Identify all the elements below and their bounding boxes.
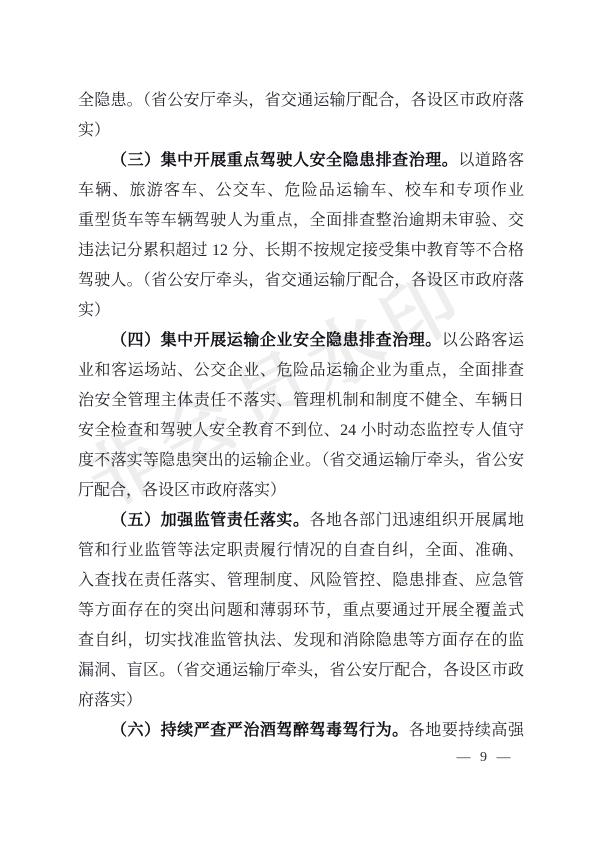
text-line: 驾驶人。（省公安厅牵头，省交通运输厅配合，各设区市政府落 xyxy=(78,266,524,296)
body-text: 厅配合，各设区市政府落实） xyxy=(78,482,286,499)
body-text: 违法记分累积超过 12 分、长期不按规定接受集中教育等不合格的 xyxy=(78,242,524,266)
text-line: （四）集中开展运输企业安全隐患排查治理。以公路客运企 xyxy=(78,326,524,356)
section-heading-text: （五）加强监管责任落实。 xyxy=(111,512,310,529)
body-text: 治安全管理主体责任不落实、管理机制和制度不健全、车辆日常 xyxy=(78,392,524,416)
text-line: （五）加强监管责任落实。各地各部门迅速组织开展属地监 xyxy=(78,506,524,536)
text-line: 实） xyxy=(78,116,524,146)
text-line: 等方面存在的突出问题和薄弱环节，重点要通过开展全覆盖式自 xyxy=(78,596,524,626)
text-line: 业和客运场站、公交企业、危险品运输企业为重点，全面排查整 xyxy=(78,356,524,386)
body-text: 实） xyxy=(78,122,110,139)
text-line: 漏洞、盲区。（省交通运输厅牵头，省公安厅配合，各设区市政 xyxy=(78,656,524,686)
text-line: 查自纠，切实找准监管执法、发现和消除隐患等方面存在的监管 xyxy=(78,626,524,656)
text-line: （六）持续严查严治酒驾醉驾毒驾行为。各地要持续高强度 xyxy=(78,716,524,746)
body-text: 全隐患。（省公安厅牵头，省交通运输厅配合，各设区市政府落 xyxy=(78,92,524,109)
body-text: 府落实） xyxy=(78,692,142,709)
text-line: 厅配合，各设区市政府落实） xyxy=(78,476,524,506)
text-line: 车辆、旅游客车、公交车、危险品运输车、校车和专项作业车、 xyxy=(78,176,524,206)
section-heading-text: （四）集中开展运输企业安全隐患排查治理。 xyxy=(111,332,442,349)
body-text: 驾驶人。（省公安厅牵头，省交通运输厅配合，各设区市政府落 xyxy=(78,272,524,289)
document-page: 非会员水印 全隐患。（省公安厅牵头，省交通运输厅配合，各设区市政府落实）（三）集… xyxy=(0,0,600,848)
text-line: 重型货车等车辆驾驶人为重点，全面排查整治逾期未审验、交通 xyxy=(78,206,524,236)
body-text: 业和客运场站、公交企业、危险品运输企业为重点，全面排查整 xyxy=(78,362,524,386)
body-text: 入查找在责任落实、管理制度、风险管控、隐患排查、应急管理 xyxy=(78,572,524,596)
text-line: 度不落实等隐患突出的运输企业。（省交通运输厅牵头，省公安 xyxy=(78,446,524,476)
body-text: 管和行业监管等法定职责履行情况的自查自纠，全面、准确、深 xyxy=(78,542,524,566)
body-text: 实） xyxy=(78,302,110,319)
section-heading-text: （六）持续严查严治酒驾醉驾毒驾行为。 xyxy=(111,722,409,739)
body-text: 安全检查和驾驶人安全教育不到位、24 小时动态监控专人值守制 xyxy=(78,422,524,446)
text-line: 违法记分累积超过 12 分、长期不按规定接受集中教育等不合格的 xyxy=(78,236,524,266)
text-line: 实） xyxy=(78,296,524,326)
text-line: 安全检查和驾驶人安全教育不到位、24 小时动态监控专人值守制 xyxy=(78,416,524,446)
text-line: 全隐患。（省公安厅牵头，省交通运输厅配合，各设区市政府落 xyxy=(78,86,524,116)
body-text: 漏洞、盲区。（省交通运输厅牵头，省公安厅配合，各设区市政 xyxy=(78,662,524,679)
section-heading-text: （三）集中开展重点驾驶人安全隐患排查治理。 xyxy=(111,152,458,169)
text-line: 入查找在责任落实、管理制度、风险管控、隐患排查、应急管理 xyxy=(78,566,524,596)
body-text: 度不落实等隐患突出的运输企业。（省交通运输厅牵头，省公安 xyxy=(78,452,524,469)
text-line: （三）集中开展重点驾驶人安全隐患排查治理。以道路客运 xyxy=(78,146,524,176)
text-line: 治安全管理主体责任不落实、管理机制和制度不健全、车辆日常 xyxy=(78,386,524,416)
text-line: 府落实） xyxy=(78,686,524,716)
body-text: 重型货车等车辆驾驶人为重点，全面排查整治逾期未审验、交通 xyxy=(78,212,524,236)
body-text: 查自纠，切实找准监管执法、发现和消除隐患等方面存在的监管 xyxy=(78,632,524,656)
body-text: 等方面存在的突出问题和薄弱环节，重点要通过开展全覆盖式自 xyxy=(78,602,524,626)
body-text: 车辆、旅游客车、公交车、危险品运输车、校车和专项作业车、 xyxy=(78,182,524,206)
document-body: 全隐患。（省公安厅牵头，省交通运输厅配合，各设区市政府落实）（三）集中开展重点驾… xyxy=(78,86,524,746)
text-line: 管和行业监管等法定职责履行情况的自查自纠，全面、准确、深 xyxy=(78,536,524,566)
page-number: — 9 — xyxy=(420,750,550,766)
